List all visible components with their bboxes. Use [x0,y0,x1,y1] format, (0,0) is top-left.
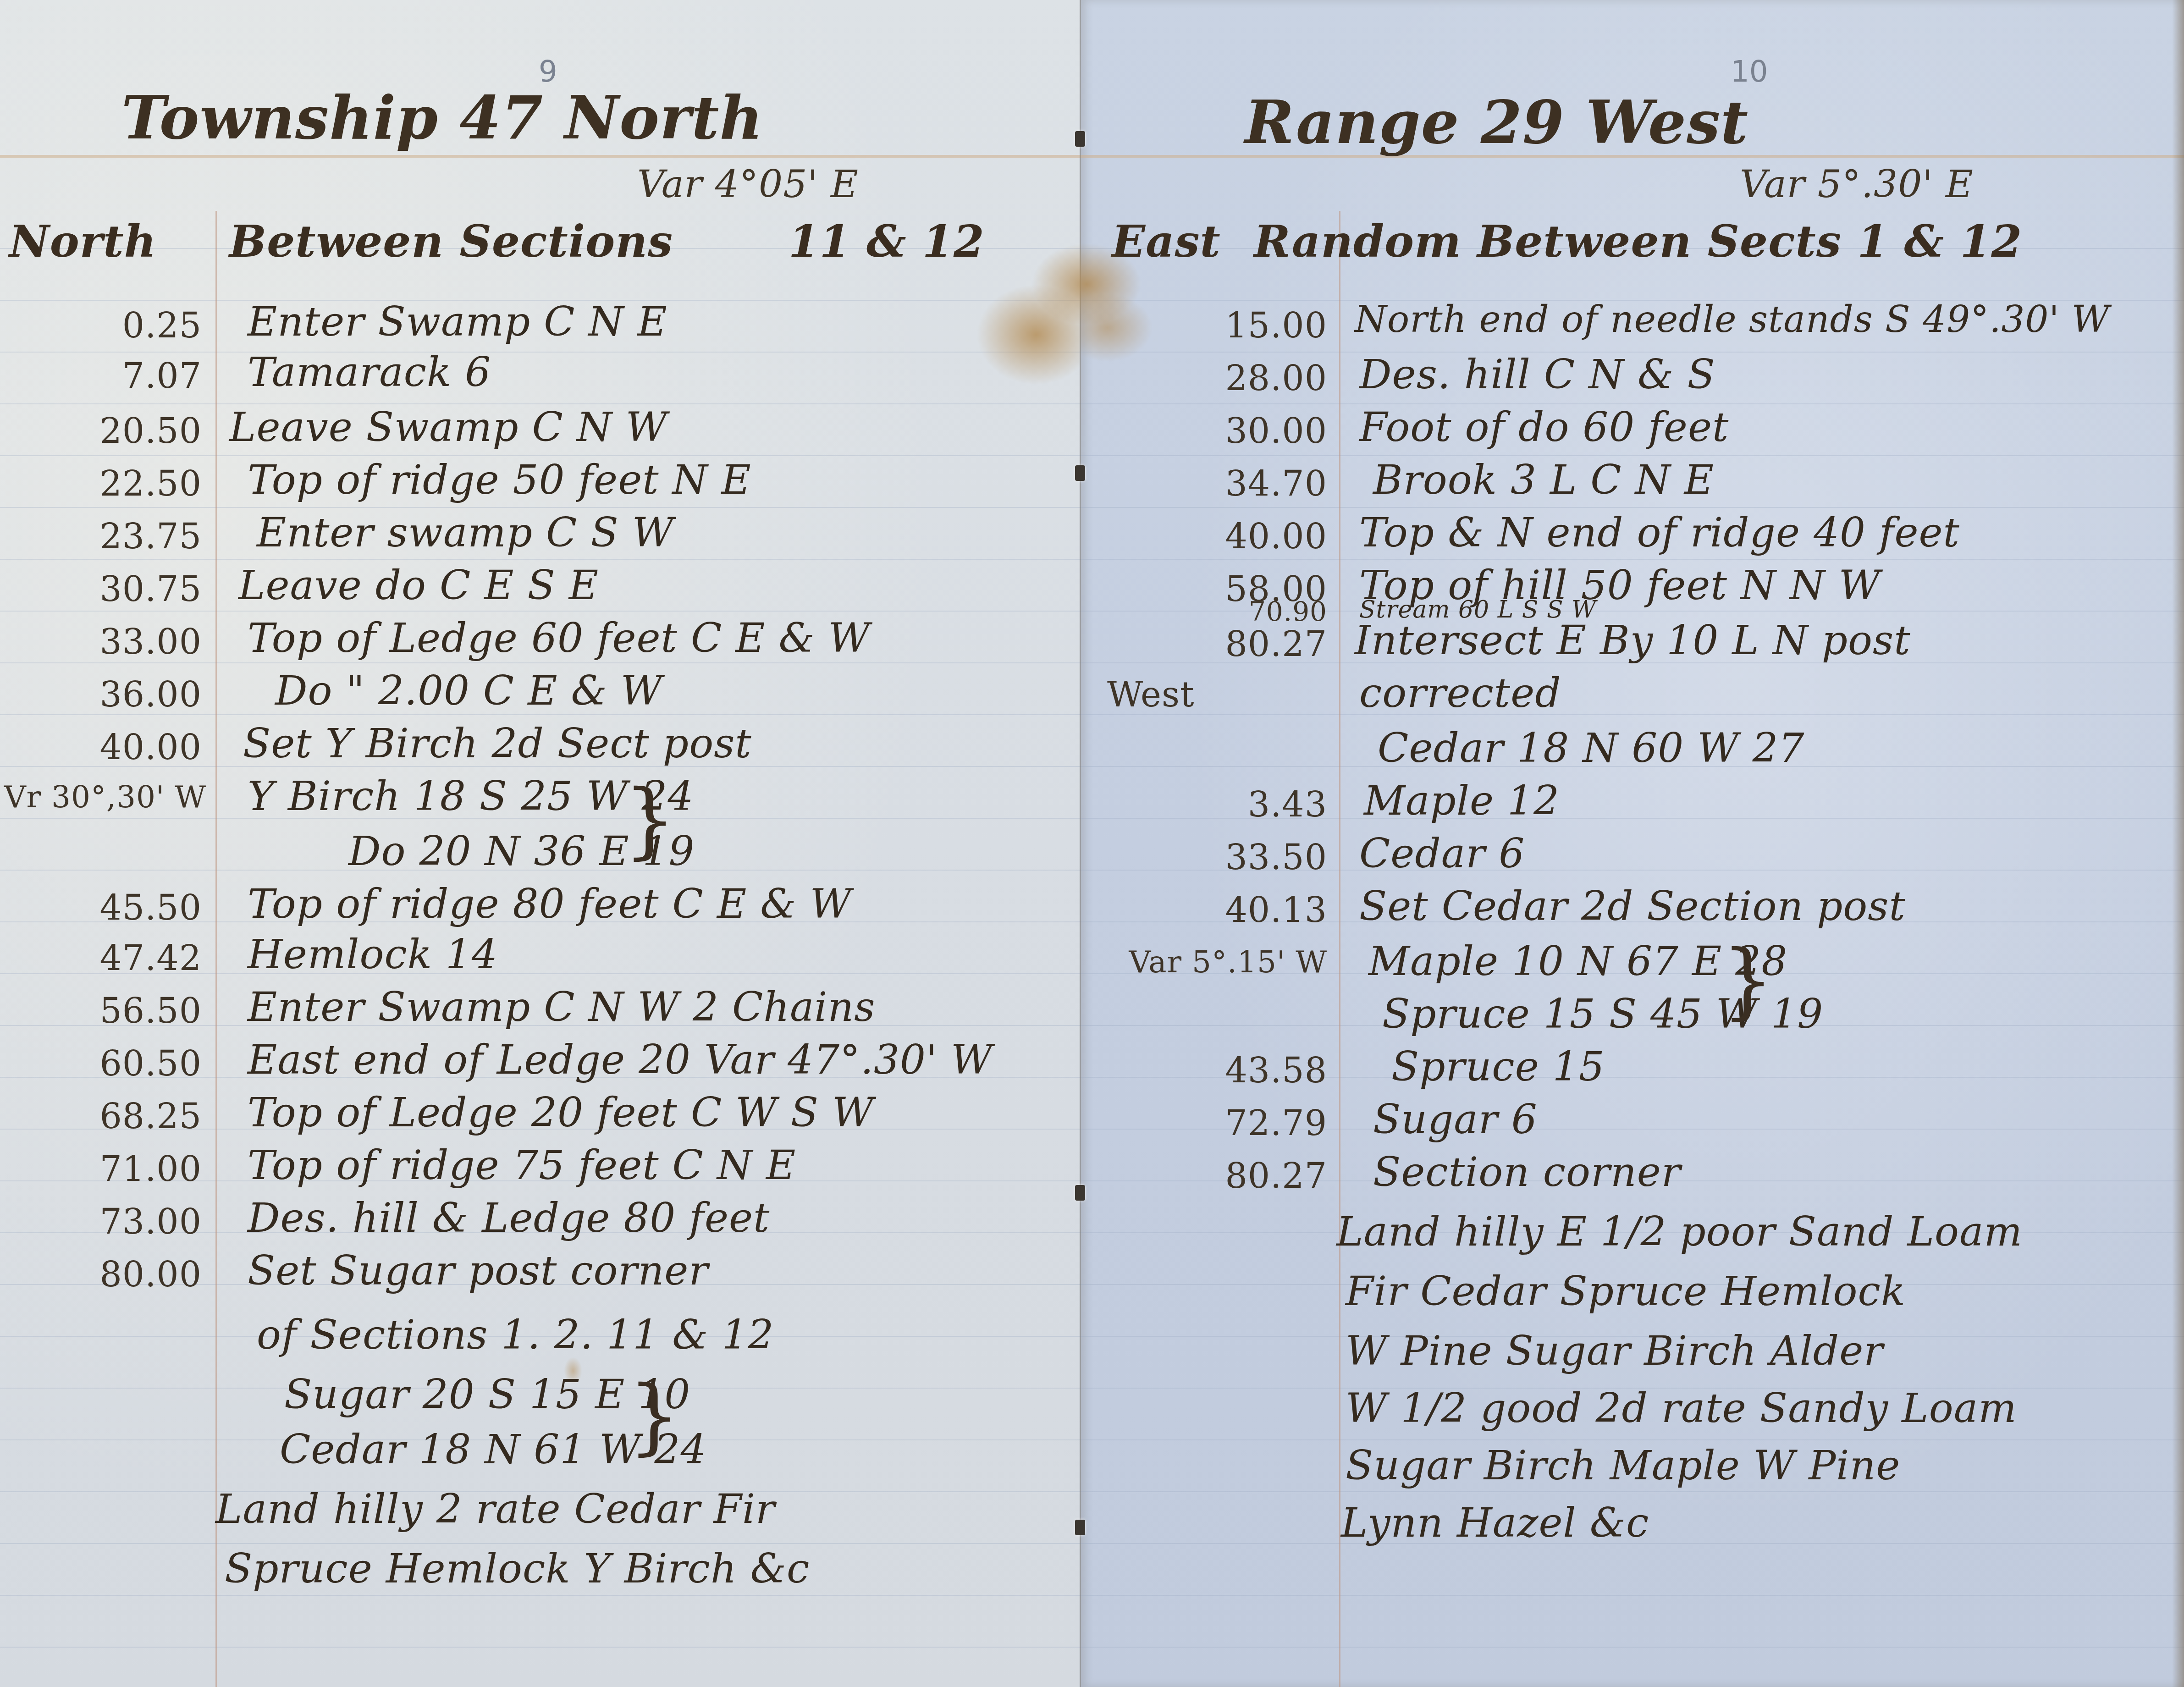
summary-line: Spruce Hemlock Y Birch &c [225,1545,810,1592]
binding-stitch [1075,1520,1085,1535]
entry-distance: 22.50 [18,463,202,504]
column-header-sections: 11 & 12 [789,215,985,267]
entry-distance: 80.27 [1144,623,1327,664]
right-page: 10 Range 29 West Var 5°.30' E East Rando… [1080,0,2184,1687]
entry-note: Intersect E By 10 L N post [1355,617,1911,664]
entry-distance: 20.50 [18,410,202,451]
entry-note: Hemlock 14 [248,931,498,978]
entry-distance: 34.70 [1144,463,1327,504]
entry-note: Brook 3 L C N E [1373,456,1714,503]
left-page: 9 Township 47 North Var 4°05' E North Be… [0,0,1080,1687]
entry-variation: Vr 30°,30' W [0,779,206,815]
entry-distance: 45.50 [18,887,202,928]
entry-note: Enter swamp C S W [257,509,674,556]
summary-line: Lynn Hazel &c [1341,1499,1649,1546]
entry-note: Cedar 6 [1359,830,1525,877]
entry-note: Maple 12 [1364,777,1560,824]
entry-note: Spruce 15 [1391,1043,1605,1090]
entry-note: Set Sugar post corner [248,1247,708,1294]
bracket: } [1721,940,1774,1022]
entry-distance: 60.50 [18,1043,202,1084]
column-header-description: Between Sections [229,215,673,267]
entry-distance: 71.00 [18,1148,202,1189]
entry-note: Top of ridge 80 feet C E & W [248,880,852,927]
page-number: 10 [1731,55,1768,89]
notebook-spread: 9 Township 47 North Var 4°05' E North Be… [0,0,2184,1687]
entry-variation: Var 5°.15' W [1098,944,1327,980]
margin-rule [1339,211,1340,1687]
entry-distance: 40.00 [1144,516,1327,557]
entry-note: Leave do C E S E [238,562,599,609]
entry-distance: 68.25 [18,1096,202,1136]
water-stain [1031,243,1142,325]
margin-rule [215,211,217,1687]
entry-distance: 15.00 [1144,305,1327,346]
entry-distance: 33.00 [18,621,202,662]
entry-distance: 0.25 [18,305,202,346]
entry-note: Enter Swamp C N W 2 Chains [248,983,875,1031]
entry-distance: 40.13 [1144,889,1327,930]
entry-distance: 56.50 [18,990,202,1031]
entry-note: Set Y Birch 2d Sect post [243,720,752,767]
summary-line: Land hilly E 1/2 poor Sand Loam [1336,1208,2023,1255]
summary-line: W 1/2 good 2d rate Sandy Loam [1346,1384,2017,1432]
entry-note: Sugar 6 [1373,1096,1538,1143]
variation-note: Var 5°.30' E [1740,163,1974,206]
binding-stitch [1075,465,1085,481]
entry-distance: 73.00 [18,1201,202,1242]
bracket: } [628,1375,681,1458]
entry-distance: 80.27 [1144,1155,1327,1196]
entry-distance: 36.00 [18,674,202,715]
entry-note: Cedar 18 N 60 W 27 [1378,724,1805,772]
page-heading: Township 47 North [121,83,763,153]
entry-distance: 47.42 [18,937,202,978]
entry-note: Tamarack 6 [248,348,491,396]
summary-line: Land hilly 2 rate Cedar Fir [215,1485,775,1533]
binding-stitch [1075,1185,1085,1201]
entry-distance: 23.75 [18,516,202,557]
entry-note: Top of ridge 75 feet C N E [248,1141,796,1189]
column-header-description: Random Between Sects 1 & 12 [1254,215,2022,267]
entry-note: Section corner [1373,1148,1681,1196]
entry-note: Top of Ledge 60 feet C E & W [248,614,870,662]
binding-stitch [1075,131,1085,147]
entry-note: Top & N end of ridge 40 feet [1359,509,1960,556]
column-header-direction: North [9,215,157,267]
variation-note: Var 4°05' E [637,163,859,206]
entry-distance: 28.00 [1144,358,1327,398]
entry-note: Des. hill & Ledge 80 feet [248,1194,770,1241]
entry-note: East end of Ledge 20 Var 47°.30' W [248,1036,993,1083]
entry-note: Do " 2.00 C E & W [275,667,662,714]
entry-note: of Sections 1. 2. 11 & 12 [257,1311,774,1358]
entry-note: North end of needle stands S 49°.30' W [1355,298,2110,341]
entry-distance: 40.00 [18,727,202,767]
entry-note: Leave Swamp C N W [229,403,667,451]
entry-distance: 43.58 [1144,1050,1327,1091]
summary-line: Fir Cedar Spruce Hemlock [1346,1268,1906,1315]
bracket: } [623,779,676,862]
entry-distance: 30.75 [18,568,202,609]
summary-line: W Pine Sugar Birch Alder [1346,1327,1883,1374]
entry-distance: 33.50 [1144,837,1327,877]
entry-distance: 70.90 [1144,596,1327,627]
entry-note: Enter Swamp C N E [248,298,667,345]
entry-note: Set Cedar 2d Section post [1359,882,1906,930]
entry-distance: 80.00 [18,1254,202,1295]
entry-distance: 72.79 [1144,1103,1327,1143]
header-rule [0,155,1080,158]
entry-distance: 7.07 [18,355,202,396]
entry-note: Top of Ledge 20 feet C W S W [248,1089,874,1136]
page-heading: Range 29 West [1245,87,1748,157]
entry-note: Foot of do 60 feet [1359,403,1729,451]
entry-direction: West [1107,674,1245,715]
entry-note: corrected [1359,669,1561,717]
entry-distance: 3.43 [1144,784,1327,825]
summary-line: Sugar Birch Maple W Pine [1346,1442,1900,1489]
entry-note: Top of ridge 50 feet N E [248,456,751,503]
entry-distance: 30.00 [1144,410,1327,451]
entry-note: Des. hill C N & S [1359,351,1715,398]
